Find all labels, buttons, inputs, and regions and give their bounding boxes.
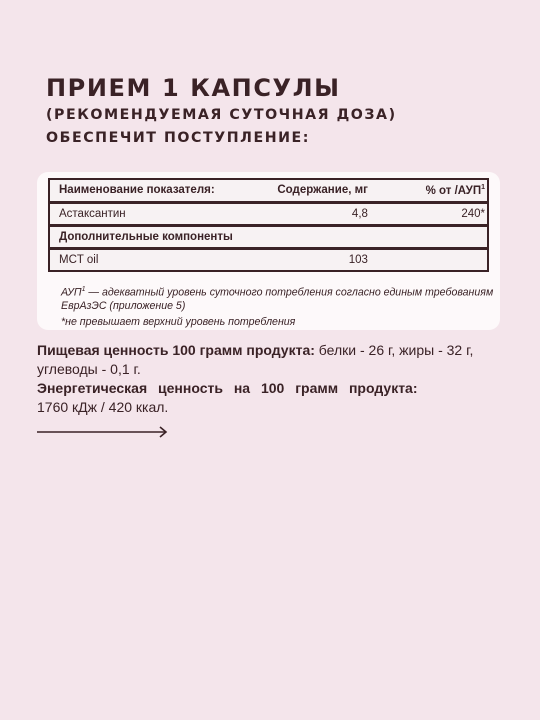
composition-card: Наименование показателя: Содержание, мг … (37, 172, 500, 330)
table-header-row: Наименование показателя: Содержание, мг … (49, 179, 488, 202)
ingredient-name: MCT oil (49, 248, 254, 271)
asterisk-footnote: *не превышает верхний уровень потреблени… (61, 316, 501, 330)
nutritional-value: Пищевая ценность 100 грамм продукта: бел… (37, 341, 477, 379)
table-row: MCT oil 103 (49, 248, 488, 271)
composition-table: Наименование показателя: Содержание, мг … (48, 178, 489, 272)
ingredient-amount: 4,8 (254, 202, 374, 225)
subtitle-line-1: (РЕКОМЕНДУЕМАЯ СУТОЧНАЯ ДОЗА) (46, 104, 397, 127)
energy-value-text: 1760 кДж / 420 ккал. (37, 399, 168, 415)
footnotes: АУП1 — адекватный уровень суточного потр… (61, 283, 501, 329)
aup-footnote: АУП1 — адекватный уровень суточного потр… (61, 283, 501, 314)
column-header-amount: Содержание, мг (254, 179, 374, 202)
heading-block: ПРИЕМ 1 КАПСУЛЫ (РЕКОМЕНДУЕМАЯ СУТОЧНАЯ … (46, 72, 397, 150)
section-title: Дополнительные компоненты (49, 225, 488, 248)
nutrition-info: Пищевая ценность 100 грамм продукта: бел… (37, 341, 477, 417)
column-header-name: Наименование показателя: (49, 179, 254, 202)
table-row: Астаксантин 4,8 240* (49, 202, 488, 225)
arrow-right-icon[interactable] (37, 425, 169, 439)
ingredient-name: Астаксантин (49, 202, 254, 225)
ingredient-percent: 240* (374, 202, 488, 225)
ingredient-percent (374, 248, 488, 271)
superscript: 1 (481, 184, 485, 191)
page-title: ПРИЕМ 1 КАПСУЛЫ (46, 72, 397, 104)
energy-value: Энергетическая ценность на 100 грамм про… (37, 379, 477, 417)
ingredient-amount: 103 (254, 248, 374, 271)
column-header-percent: % от /АУП1 (374, 179, 488, 202)
section-row: Дополнительные компоненты (49, 225, 488, 248)
nutritional-value-label: Пищевая ценность 100 грамм продукта: (37, 342, 315, 358)
subtitle-line-2: ОБЕСПЕЧИТ ПОСТУПЛЕНИЕ: (46, 127, 397, 150)
energy-value-label: Энергетическая ценность на 100 грамм про… (37, 380, 418, 396)
